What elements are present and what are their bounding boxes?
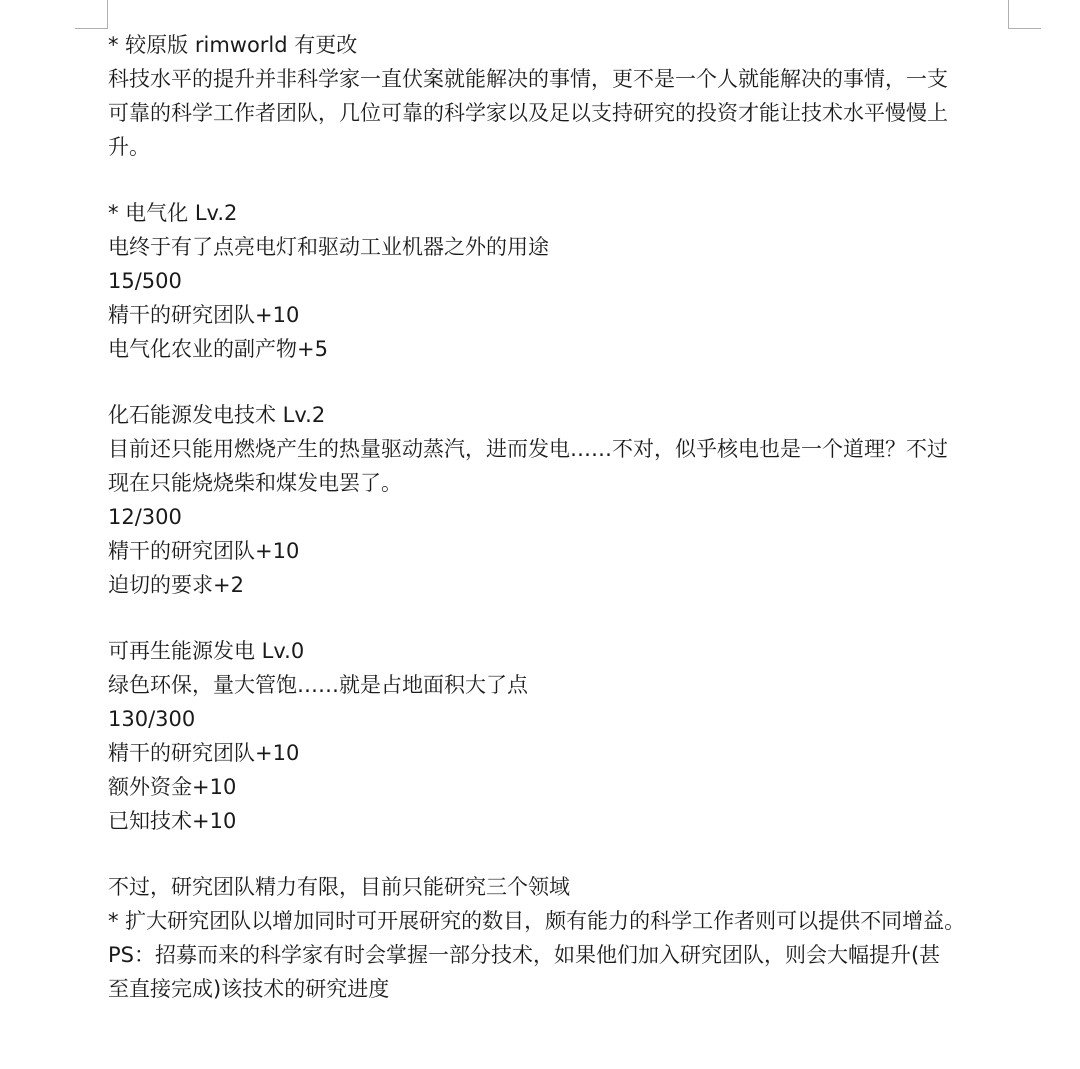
research-limit-note: 不过，研究团队精力有限，目前只能研究三个领域: [108, 870, 1028, 904]
tech-bonus: 精干的研究团队+10: [108, 534, 1028, 568]
ps-note-line: 至直接完成)该技术的研究进度: [108, 972, 1028, 1006]
footer-section: 不过，研究团队精力有限，目前只能研究三个领域 * 扩大研究团队以增加同时可开展研…: [108, 870, 1028, 1006]
tech-section-fossil-power: 化石能源发电技术 Lv.2 目前还只能用燃烧产生的热量驱动蒸汽，进而发电……不对…: [108, 398, 1028, 602]
tech-bonus: 精干的研究团队+10: [108, 298, 1028, 332]
modification-note: * 较原版 rimworld 有更改: [108, 28, 1028, 62]
tech-section-renewable-power: 可再生能源发电 Lv.0 绿色环保，量大管饱……就是占地面积大了点 130/30…: [108, 634, 1028, 838]
ps-note-line: PS：招募而来的科学家有时会掌握一部分技术，如果他们加入研究团队，则会大幅提升(…: [108, 938, 1028, 972]
tech-bonus: 迫切的要求+2: [108, 568, 1028, 602]
tech-description: 目前还只能用燃烧产生的热量驱动蒸汽，进而发电……不对，似乎核电也是一个道理？不过: [108, 432, 1028, 466]
document-page: * 较原版 rimworld 有更改 科技水平的提升并非科学家一直伏案就能解决的…: [108, 28, 1028, 1006]
tech-description: 现在只能烧烧柴和煤发电罢了。: [108, 466, 1028, 500]
crop-mark-top-right: [1008, 0, 1041, 29]
tech-progress: 130/300: [108, 702, 1028, 736]
tech-section-electrification: * 电气化 Lv.2 电终于有了点亮电灯和驱动工业机器之外的用途 15/500 …: [108, 196, 1028, 366]
tech-description: 绿色环保，量大管饱……就是占地面积大了点: [108, 668, 1028, 702]
tech-title: 可再生能源发电 Lv.0: [108, 634, 1028, 668]
tech-description: 电终于有了点亮电灯和驱动工业机器之外的用途: [108, 230, 1028, 264]
tech-bonus: 电气化农业的副产物+5: [108, 332, 1028, 366]
intro-paragraph-line: 升。: [108, 130, 1028, 164]
blank-line: [108, 602, 1028, 634]
intro-section: * 较原版 rimworld 有更改 科技水平的提升并非科学家一直伏案就能解决的…: [108, 28, 1028, 164]
tech-bonus: 精干的研究团队+10: [108, 736, 1028, 770]
blank-line: [108, 838, 1028, 870]
blank-line: [108, 366, 1028, 398]
tech-progress: 12/300: [108, 500, 1028, 534]
intro-paragraph-line: 科技水平的提升并非科学家一直伏案就能解决的事情，更不是一个人就能解决的事情，一支: [108, 62, 1028, 96]
tech-progress: 15/500: [108, 264, 1028, 298]
tech-bonus: 已知技术+10: [108, 804, 1028, 838]
blank-line: [108, 164, 1028, 196]
crop-mark-top-left: [75, 0, 108, 29]
tech-bonus: 额外资金+10: [108, 770, 1028, 804]
expand-team-note: * 扩大研究团队以增加同时可开展研究的数目，颇有能力的科学工作者则可以提供不同增…: [108, 904, 1028, 938]
tech-title: * 电气化 Lv.2: [108, 196, 1028, 230]
tech-title: 化石能源发电技术 Lv.2: [108, 398, 1028, 432]
intro-paragraph-line: 可靠的科学工作者团队，几位可靠的科学家以及足以支持研究的投资才能让技术水平慢慢上: [108, 96, 1028, 130]
